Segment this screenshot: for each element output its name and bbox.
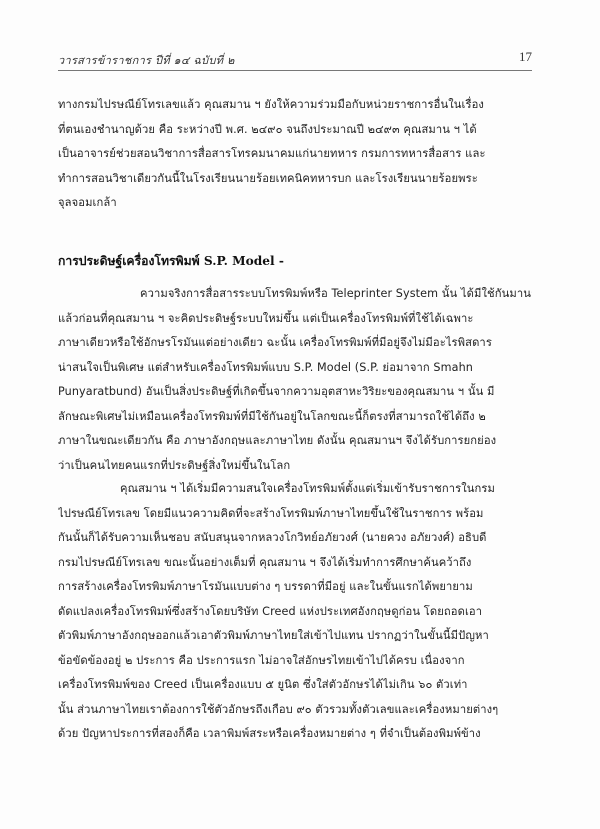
text-line: ตัวพิมพ์ภาษาอังกฤษออกแล้วเอาตัวพิมพ์ภาษา… bbox=[58, 624, 532, 649]
journal-title: วารสารข้าราชการ ปีที่ ๑๔ ฉบับที่ ๒ bbox=[58, 51, 235, 69]
document-page: วารสารข้าราชการ ปีที่ ๑๔ ฉบับที่ ๒ 17 ทา… bbox=[0, 0, 600, 829]
text-line: กรมไปรษณีย์โทรเลข ขณะนั้นอย่างเต็มที่ คุ… bbox=[58, 551, 532, 576]
header-rule bbox=[58, 70, 532, 71]
paragraph-3: คุณสมาน ฯ ได้เริ่มมีความสนใจเครื่องโทรพิ… bbox=[58, 477, 532, 747]
text-line: ว่าเป็นคนไทยคนแรกที่ประดิษฐ์สิ่งใหม่ขึ้น… bbox=[58, 454, 532, 479]
text-line: แล้วก่อนที่คุณสมาน ฯ จะคิดประดิษฐ์ระบบให… bbox=[58, 307, 532, 332]
text-line: นั้น ส่วนภาษาไทยเราต้องการใช้ตัวอักษรถึง… bbox=[58, 698, 532, 723]
running-header: วารสารข้าราชการ ปีที่ ๑๔ ฉบับที่ ๒ 17 bbox=[58, 49, 532, 69]
text-line: ภาษาเดียวหรือใช้อักษรโรมันแต่อย่างเดียว … bbox=[58, 331, 532, 356]
text-line: ภาษาในขณะเดียวกัน คือ ภาษาอังกฤษและภาษาไ… bbox=[58, 429, 532, 454]
text-line: กันนั้นก็ได้รับความเห็นชอบ สนับสนุนจากหล… bbox=[58, 526, 532, 551]
text-line: จุลจอมเกล้า bbox=[58, 191, 532, 216]
paragraph-2: ความจริงการสื่อสารระบบโทรพิมพ์หรือ Telep… bbox=[58, 282, 532, 478]
page-number: 17 bbox=[519, 49, 532, 65]
text-line: ดัดแปลงเครื่องโทรพิมพ์ซึ่งสร้างโดยบริษัท… bbox=[58, 600, 532, 625]
text-line: ไปรษณีย์โทรเลข โดยมีแนวความคิดที่จะสร้าง… bbox=[58, 502, 532, 527]
text-line: เป็นอาจารย์ช่วยสอนวิชาการสื่อสารโทรคมนาค… bbox=[58, 142, 532, 167]
section-heading: การประดิษฐ์เครื่องโทรพิมพ์ S.P. Model - bbox=[58, 252, 284, 271]
text-line: ทำการสอนวิชาเดียวกันนี้ในโรงเรียนนายร้อย… bbox=[58, 167, 532, 192]
text-line: ทางกรมไปรษณีย์โทรเลขแล้ว คุณสมาน ฯ ยังให… bbox=[58, 93, 532, 118]
text-line: ลักษณะพิเศษไม่เหมือนเครื่องโทรพิมพ์ที่มี… bbox=[58, 405, 532, 430]
text-line: คุณสมาน ฯ ได้เริ่มมีความสนใจเครื่องโทรพิ… bbox=[58, 477, 532, 502]
text-line: ที่ตนเองชำนาญด้วย คือ ระหว่างปี พ.ศ. ๒๔๙… bbox=[58, 118, 532, 143]
section-heading-thai: การประดิษฐ์เครื่องโทรพิมพ์ bbox=[58, 254, 204, 268]
paragraph-1: ทางกรมไปรษณีย์โทรเลขแล้ว คุณสมาน ฯ ยังให… bbox=[58, 93, 532, 216]
text-line: น่าสนใจเป็นพิเศษ แต่สำหรับเครื่องโทรพิมพ… bbox=[58, 356, 532, 381]
text-line: เครื่องโทรพิมพ์ของ Creed เป็นเครื่องแบบ … bbox=[58, 673, 532, 698]
text-line: ด้วย ปัญหาประการที่สองก็คือ เวลาพิมพ์สระ… bbox=[58, 722, 532, 747]
text-line: Punyaratbund) อันเป็นสิ่งประดิษฐ์ที่เกิด… bbox=[58, 380, 532, 405]
text-line: การสร้างเครื่องโทรพิมพ์ภาษาโรมันแบบต่าง … bbox=[58, 575, 532, 600]
text-line: ข้อขัดข้องอยู่ ๒ ประการ คือ ประการแรก ไม… bbox=[58, 649, 532, 674]
text-line: ความจริงการสื่อสารระบบโทรพิมพ์หรือ Telep… bbox=[58, 282, 532, 307]
section-heading-latin: S.P. Model - bbox=[204, 254, 284, 268]
